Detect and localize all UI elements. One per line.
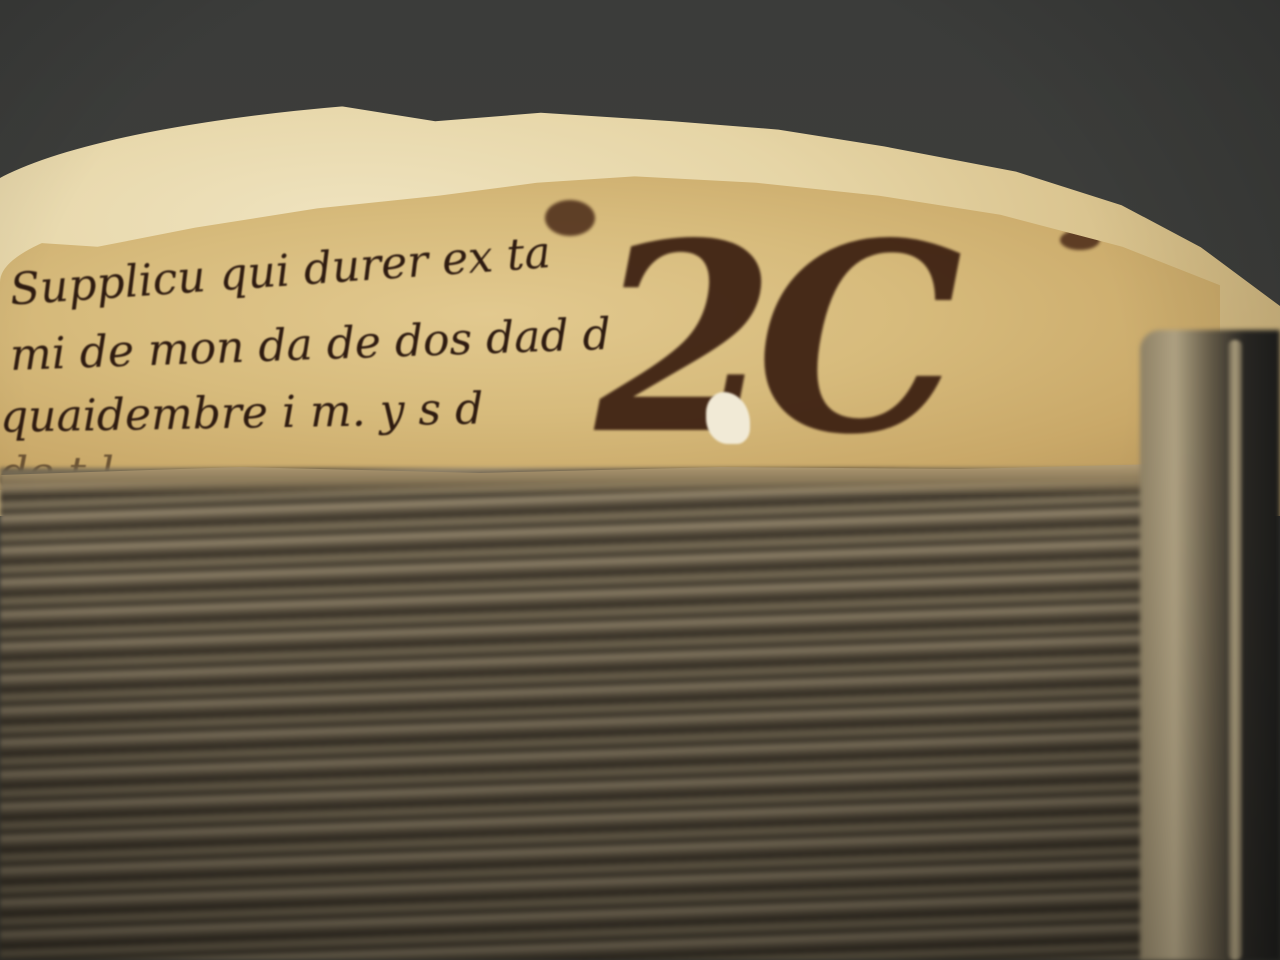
large-ink-mark: 2C <box>595 210 943 470</box>
book-spine <box>1140 330 1280 960</box>
stacked-page-edges <box>0 468 1240 960</box>
ink-stain <box>545 200 595 236</box>
handwriting-line: mi de mon da de dos dad d <box>9 309 611 381</box>
binding-thread <box>1228 340 1242 960</box>
photo-scene: 2C Supplicu qui durer ex ta mi de mon da… <box>0 0 1280 960</box>
handwriting-line: quaidembre i m. y s d <box>0 384 484 443</box>
